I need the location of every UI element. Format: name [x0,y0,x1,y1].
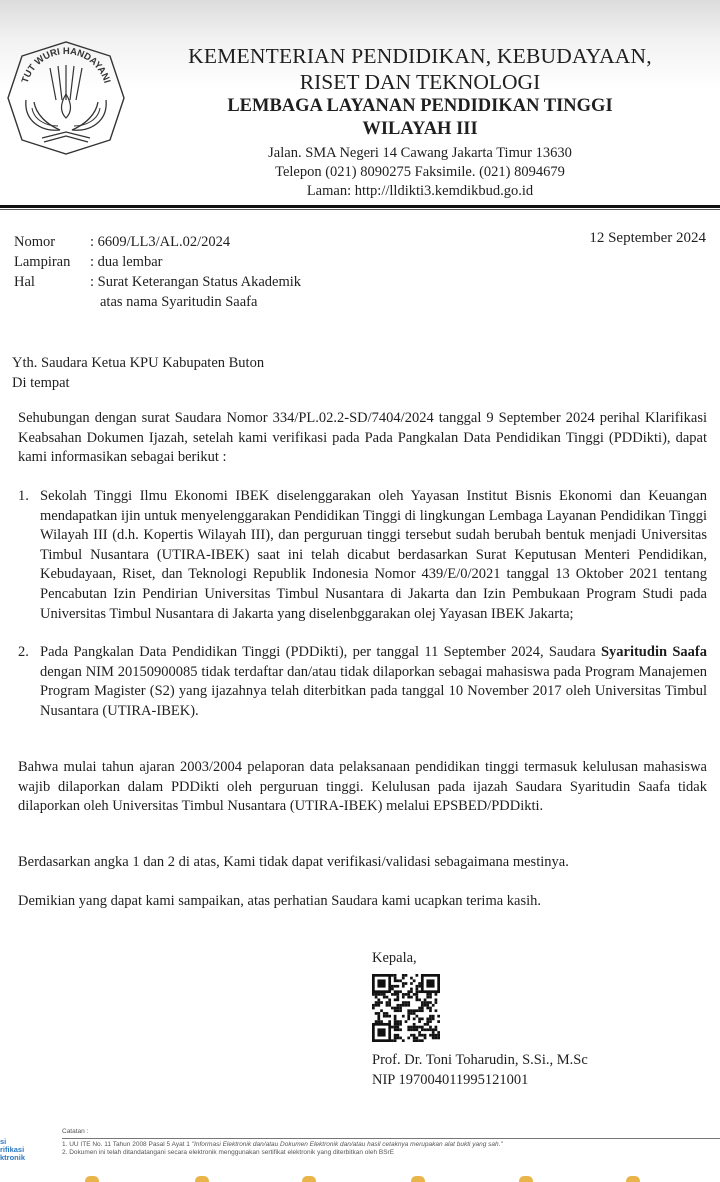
signatory-title: Kepala, [372,948,588,968]
recipient-line1: Yth. Saudara Ketua KPU Kabupaten Buton [12,353,264,373]
letter-page: TUT WURI HANDAYANI KEMENTERIAN PENDIDIKA… [0,0,720,1182]
footer-decoration [0,1176,720,1182]
signatory-name: Prof. Dr. Toni Toharudin, S.Si., M.Sc [372,1050,588,1070]
signature-block: Kepala, Prof. Dr. Toni Toharudin, S.Si.,… [372,948,588,1090]
agency-name-line1: LEMBAGA LAYANAN PENDIDIKAN TINGGI [160,96,680,117]
ministry-name-line2: RISET DAN TEKNOLOGI [160,70,680,95]
electronic-verification-badge: si rifikasi ktronik [0,1138,25,1162]
list-text: Sekolah Tinggi Ilmu Ekonomi IBEK diselen… [40,487,707,624]
notes-divider [62,1138,720,1139]
address-line: Jalan. SMA Negeri 14 Cawang Jakarta Timu… [160,144,680,163]
list-item: 2. Pada Pangkalan Data Pendidikan Tinggi… [18,643,707,721]
letter-meta: Nomor : 6609/LL3/AL.02/2024 Lampiran : d… [14,232,301,312]
recipient-line2: Di tempat [12,373,264,393]
list-number: 2. [18,643,40,721]
qr-code-icon [372,974,440,1042]
recipient: Yth. Saudara Ketua KPU Kabupaten Buton D… [12,353,264,393]
agency-name-line2: WILAYAH III [160,119,680,140]
letter-date: 12 September 2024 [589,230,706,247]
footer-notes: Catatan : 1. UU ITE No. 11 Tahun 2008 Pa… [62,1128,720,1157]
website-line: Laman: http://lldikti3.kemdikbud.go.id [160,182,680,201]
intro-paragraph: Sehubungan dengan surat Saudara Nomor 33… [18,409,707,468]
meta-row-hal: Hal : Surat Keterangan Status Akademik [14,272,301,292]
reporting-paragraph: Bahwa mulai tahun ajaran 2003/2004 pelap… [18,758,707,817]
meta-row-nomor: Nomor : 6609/LL3/AL.02/2024 [14,232,301,252]
letterhead: KEMENTERIAN PENDIDIKAN, KEBUDAYAAN, RISE… [160,44,680,201]
letterhead-divider-thin [0,209,720,210]
letterhead-divider [0,205,720,208]
conclusion-paragraph: Berdasarkan angka 1 dan 2 di atas, Kami … [18,853,707,873]
points-list: 1. Sekolah Tinggi Ilmu Ekonomi IBEK dise… [18,487,707,722]
phone-line: Telepon (021) 8090275 Faksimile. (021) 8… [160,163,680,182]
signatory-nip: NIP 197004011995121001 [372,1070,588,1090]
meta-row-hal-cont: atas nama Syaritudin Saafa [14,292,301,312]
student-name: Syaritudin Saafa [601,644,707,660]
closing-paragraph: Demikian yang dapat kami sampaikan, atas… [18,892,707,912]
notes-title: Catatan : [62,1128,720,1136]
note-2: 2. Dokumen ini telah ditandatangani seca… [62,1149,720,1157]
list-number: 1. [18,487,40,624]
list-item: 1. Sekolah Tinggi Ilmu Ekonomi IBEK dise… [18,487,707,624]
list-text: Pada Pangkalan Data Pendidikan Tinggi (P… [40,643,707,721]
note-1: 1. UU ITE No. 11 Tahun 2008 Pasal 5 Ayat… [62,1141,720,1149]
meta-row-lampiran: Lampiran : dua lembar [14,252,301,272]
tut-wuri-handayani-logo-icon: TUT WURI HANDAYANI [4,38,128,158]
ministry-name-line1: KEMENTERIAN PENDIDIKAN, KEBUDAYAAN, [160,44,680,69]
